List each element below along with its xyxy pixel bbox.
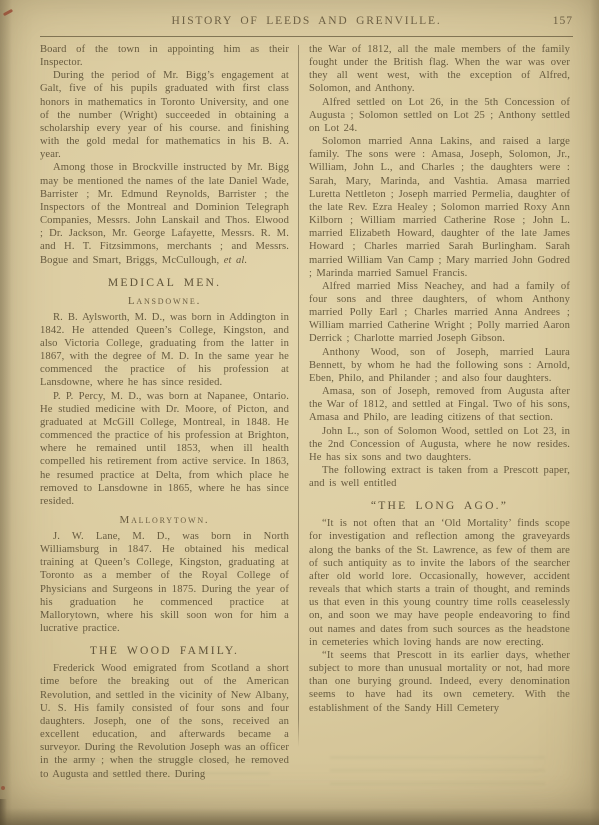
paragraph-anthony-wood: Anthony Wood, son of Joseph, married Lau… [309, 346, 570, 385]
paragraph-amasa-fingal: Amasa, son of Joseph, removed from Augus… [309, 385, 570, 424]
two-column-text: Board of the town in appointing him as t… [40, 43, 570, 797]
paragraph-alfred-family: Alfred married Miss Neachey, and had a f… [309, 280, 570, 346]
paragraph-brockville-etal: et al. [224, 255, 248, 266]
paragraph-war-1812: the War of 1812, all the male members of… [309, 43, 570, 96]
heading-wood-family: THE WOOD FAMILY. [40, 644, 289, 657]
page-number: 157 [481, 15, 573, 27]
scanned-book-page: HISTORY OF LEEDS AND GRENVILLE. 157 Boar… [0, 0, 599, 825]
paragraph-old-mortality: “It is not often that an ‘Old Mortality’… [309, 517, 570, 649]
scan-left-edge-shadow [0, 0, 12, 825]
paragraph-board-inspector: Board of the town in appointing him as t… [40, 43, 289, 69]
right-column: the War of 1812, all the male members of… [309, 43, 570, 797]
header-rule [40, 36, 573, 37]
column-divider-rule [298, 45, 299, 747]
bottom-left-smudge [0, 799, 7, 825]
paragraph-aylsworth: R. B. Aylsworth, M. D., was born in Addi… [40, 311, 289, 390]
running-title: HISTORY OF LEEDS AND GRENVILLE. [132, 15, 481, 27]
paragraph-prescott-cemetery: “It seems that Prescott in its earlier d… [309, 649, 570, 715]
heading-medical-men: MEDICAL MEN. [40, 276, 289, 289]
subheading-lansdowne: Lansdowne. [40, 295, 289, 307]
paragraph-frederick-wood: Frederick Wood emigrated from Scotland a… [40, 662, 289, 780]
paragraph-percy: P. P. Percy, M. D., was born at Napanee,… [40, 390, 289, 508]
red-ink-speck [1, 786, 5, 790]
paragraph-lane: J. W. Lane, M. D., was born in North Wil… [40, 530, 289, 635]
paragraph-solomon-family: Solomon married Anna Lakins, and raised … [309, 135, 570, 280]
paragraph-john-l: John L., son of Solomon Wood, settled on… [309, 425, 570, 464]
left-column: Board of the town in appointing him as t… [40, 43, 289, 797]
running-header: HISTORY OF LEEDS AND GRENVILLE. 157 [40, 15, 573, 27]
paragraph-brockville-main: Among those in Brockville instructed by … [40, 162, 289, 265]
scan-right-edge-shadow [590, 0, 599, 825]
paragraph-lots-settled: Alfred settled on Lot 26, in the 5th Con… [309, 96, 570, 135]
subheading-mallorytown: Mallorytown. [40, 514, 289, 526]
heading-the-long-ago: “THE LONG AGO.” [309, 499, 570, 512]
paragraph-extract-intro: The following extract is taken from a Pr… [309, 464, 570, 490]
scan-bottom-shadow [0, 808, 599, 825]
paragraph-brockville-pupils: Among those in Brockville instructed by … [40, 161, 289, 266]
paragraph-bigg-galt: During the period of Mr. Bigg’s engageme… [40, 69, 289, 161]
